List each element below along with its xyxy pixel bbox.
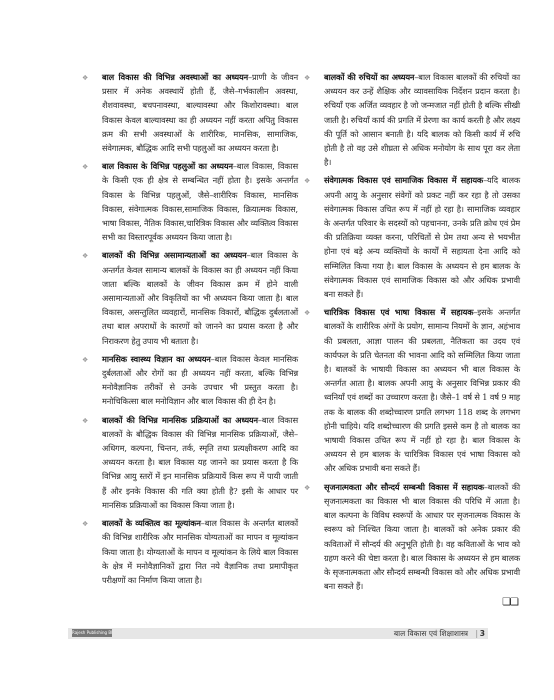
item-body: –बाल विकास के अन्तर्गत केवल सामान्य बालक… [102, 250, 298, 345]
item-title: सृजनात्मकता और सौन्दर्य सम्बन्धी विकास म… [324, 482, 484, 492]
page-number: 3 [480, 628, 485, 639]
item-body: –यदि बालक अपनी आयु के अनुसार संवेगों को … [324, 175, 520, 299]
list-item: ❖ बालकों के व्यक्तित्व का मूल्यांकन–बाल … [80, 516, 298, 587]
list-item: ❖ बालकों की विभिन्न मानसिक प्रक्रियाओं क… [80, 413, 298, 512]
right-column: ❖ बालकों की रुचियों का अध्ययन–बाल विकास … [302, 70, 520, 608]
item-title: बालकों की विभिन्न मानसिक प्रक्रियाओं का … [102, 415, 258, 425]
footer-book-title: बाल विकास एवं शिक्षाशास्त्र [394, 628, 468, 639]
diamond-bullet-icon: ❖ [304, 71, 310, 85]
item-body: –बाल विकास बालकों की रुचियों का अध्ययन क… [324, 72, 520, 167]
item-body: –प्राणी के जीवन प्रसार में अनेक अवस्थाये… [102, 72, 298, 153]
item-body: –बाल विकास बालकों के बौद्धिक विकास की वि… [102, 415, 298, 510]
item-title: चारित्रिक विकास एवं भाषा विकास में सहायक [324, 307, 473, 317]
diamond-bullet-icon: ❖ [304, 481, 310, 495]
item-title: बालकों की रुचियों का अध्ययन [324, 72, 414, 82]
document-page: ❖ बाल विकास की विभिन्न अवस्थाओं का अध्यय… [0, 0, 554, 700]
item-body: –बाल विकास के अन्तर्गत बालकों की विभिन्न… [102, 518, 298, 585]
list-item: ❖ मानसिक स्वास्थ्य विज्ञान का अध्ययन–बाल… [80, 352, 298, 409]
item-title: बालकों की विभिन्न असामान्यताओं का अध्ययन [102, 250, 247, 260]
item-title: संवेगात्मक विकास एवं सामाजिक विकास में स… [324, 175, 483, 185]
diamond-bullet-icon: ❖ [82, 71, 88, 85]
end-of-section-icon: ❏❏ [302, 597, 520, 608]
left-column: ❖ बाल विकास की विभिन्न अवस्थाओं का अध्यय… [80, 70, 298, 591]
publisher-logo: Rajesh Publishing Bhopal [72, 629, 112, 637]
diamond-bullet-icon: ❖ [82, 160, 88, 174]
diamond-bullet-icon: ❖ [304, 174, 310, 188]
diamond-bullet-icon: ❖ [82, 249, 88, 263]
list-item: ❖ सृजनात्मकता और सौन्दर्य सम्बन्धी विकास… [302, 480, 520, 594]
item-title: बाल विकास की विभिन्न अवस्थाओं का अध्ययन [102, 72, 248, 82]
diamond-bullet-icon: ❖ [82, 517, 88, 531]
item-title: मानसिक स्वास्थ्य विज्ञान का अध्ययन [102, 354, 211, 364]
item-body: –बालकों की सृजनात्मकता का विकास भी बाल व… [324, 482, 520, 591]
list-item: ❖ बाल विकास के विभिन्न पहलुओं का अध्ययन–… [80, 159, 298, 244]
footer-separator: | [475, 628, 478, 639]
item-body: –इसके अन्तर्गत बालकों के शारीरिक अंगों क… [324, 307, 520, 473]
item-title: बाल विकास के विभिन्न पहलुओं का अध्ययन [102, 161, 233, 171]
list-item: ❖ बालकों की विभिन्न असामान्यताओं का अध्य… [80, 248, 298, 347]
list-item: ❖ संवेगात्मक विकास एवं सामाजिक विकास में… [302, 173, 520, 301]
list-item: ❖ चारित्रिक विकास एवं भाषा विकास में सहा… [302, 305, 520, 475]
list-item: ❖ बालकों की रुचियों का अध्ययन–बाल विकास … [302, 70, 520, 169]
diamond-bullet-icon: ❖ [82, 414, 88, 428]
list-item: ❖ बाल विकास की विभिन्न अवस्थाओं का अध्यय… [80, 70, 298, 155]
item-title: बालकों के व्यक्तित्व का मूल्यांकन [102, 518, 201, 528]
diamond-bullet-icon: ❖ [82, 353, 88, 367]
item-body: –बाल विकास, विकास के किसी एक ही क्षेत्र … [102, 161, 298, 242]
diamond-bullet-icon: ❖ [304, 306, 310, 320]
